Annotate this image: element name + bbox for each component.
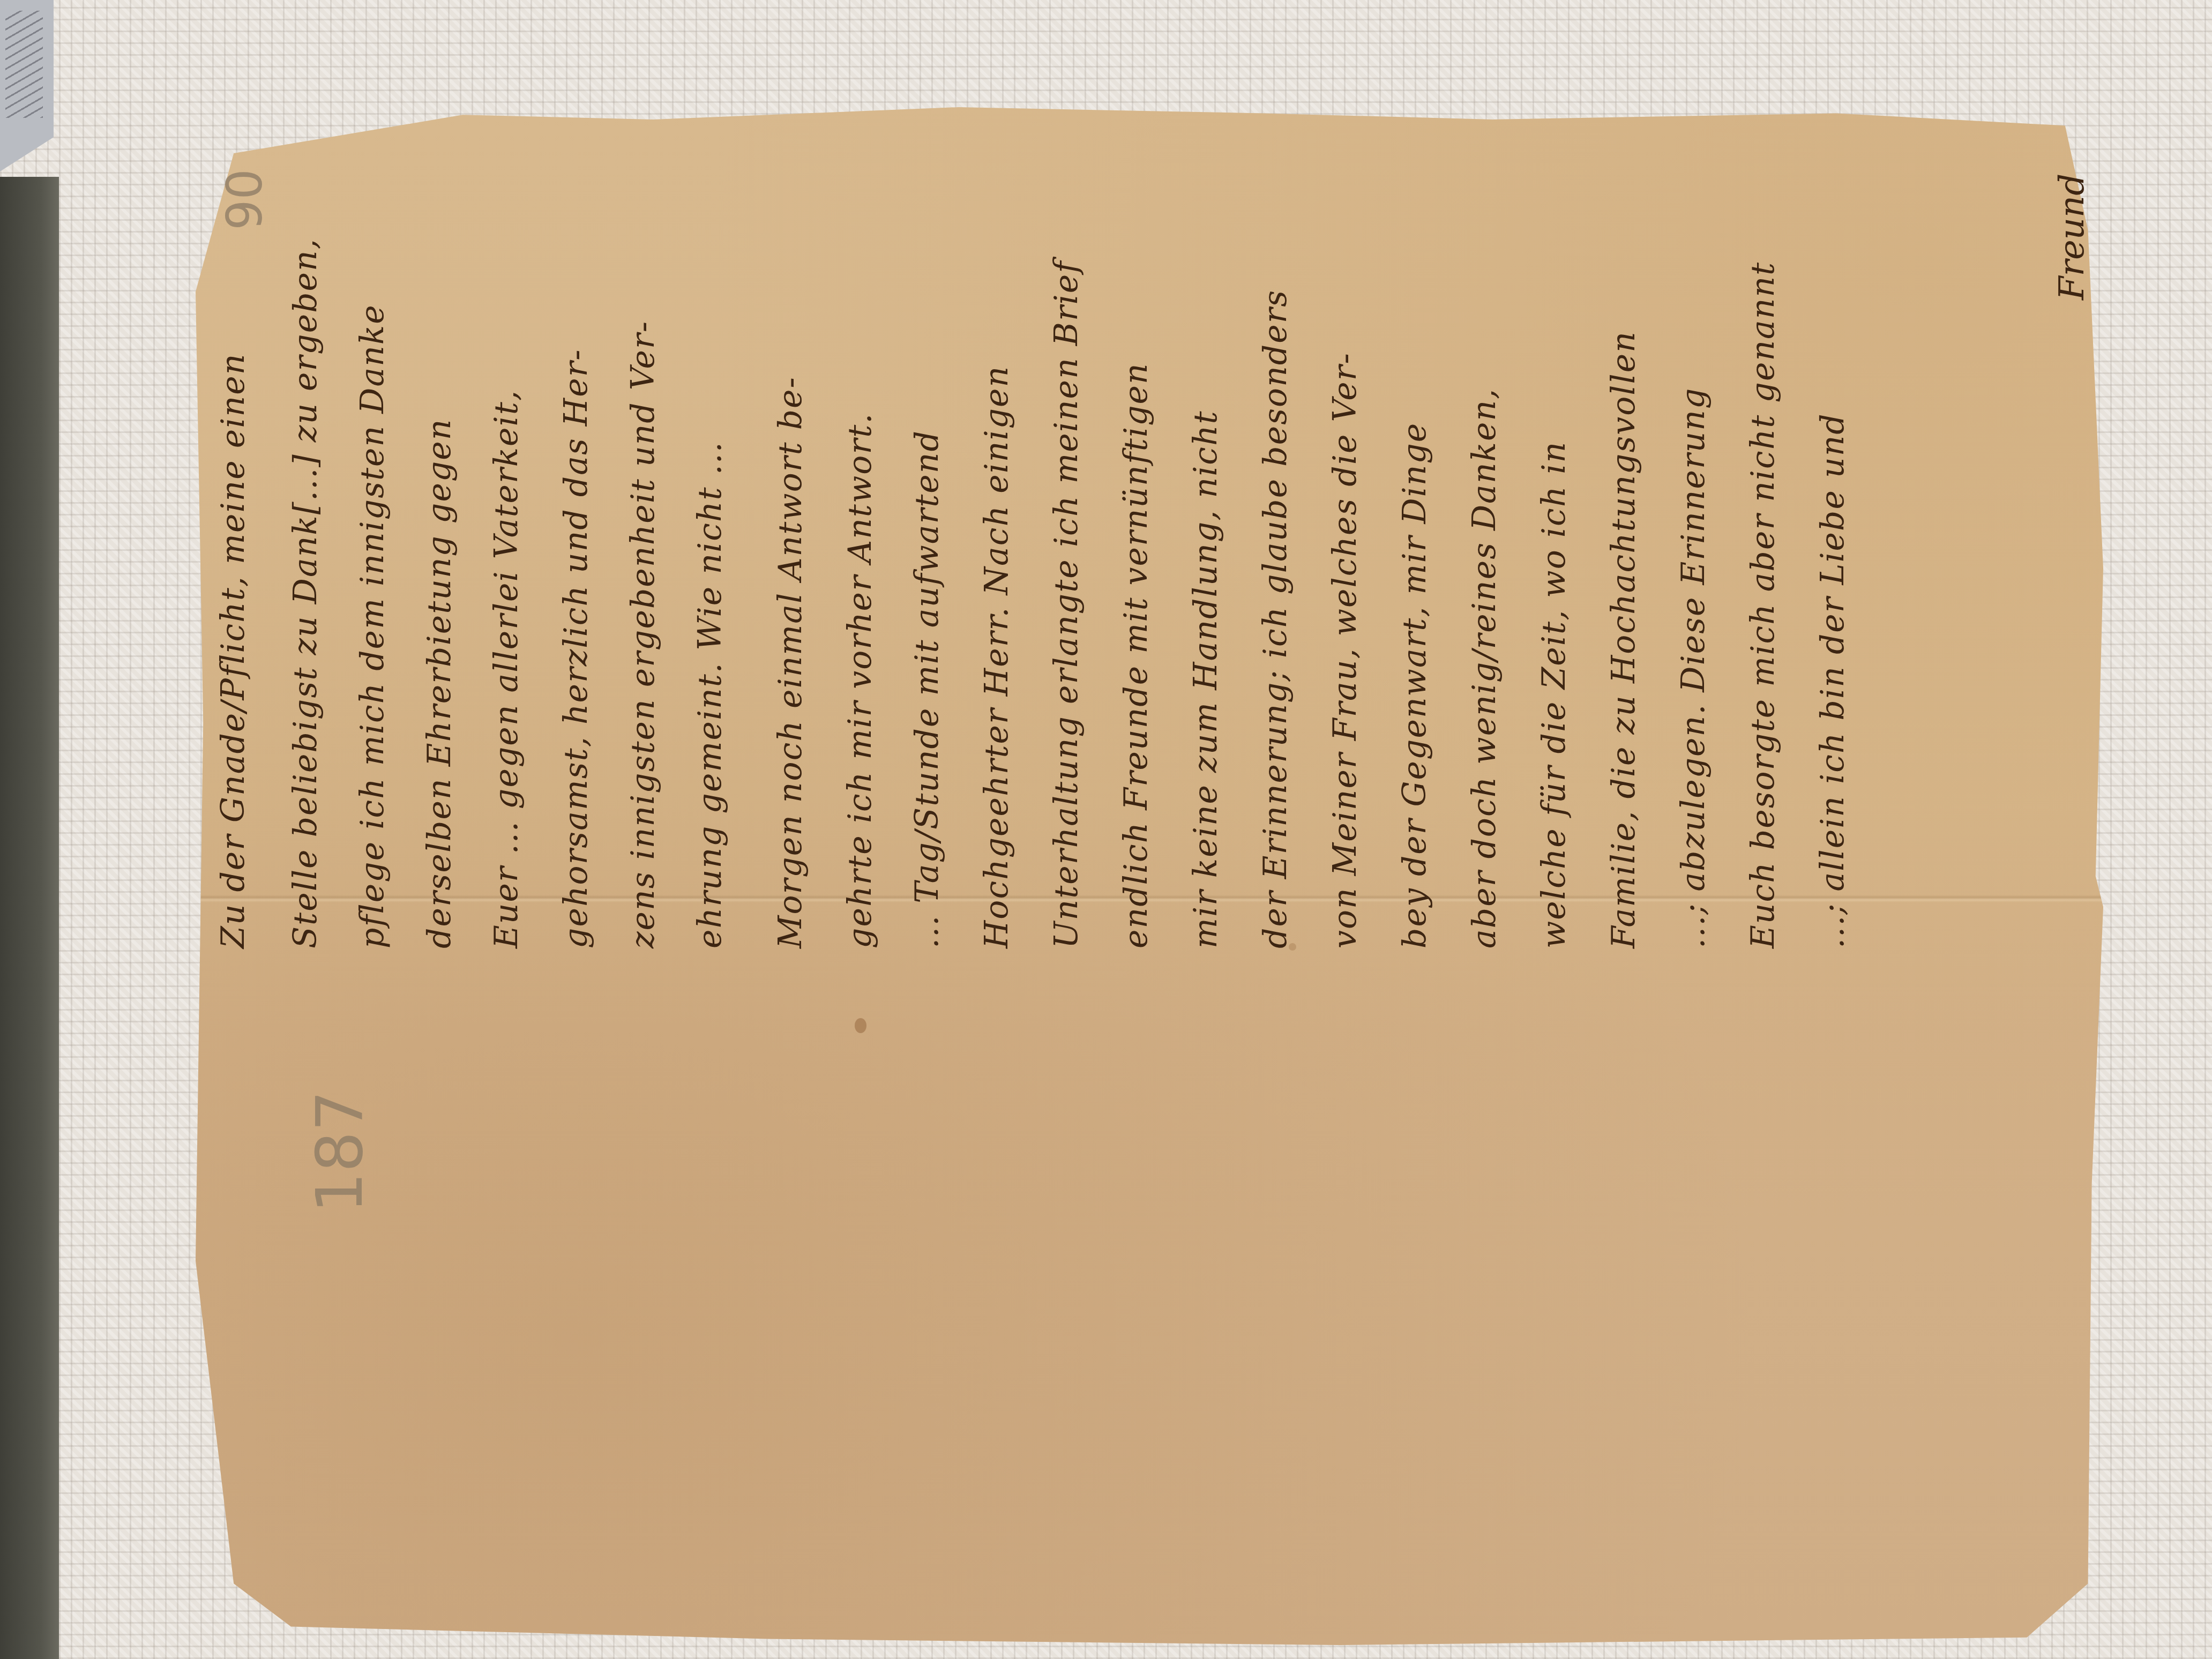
handwritten-line: Zu der Gnade/Pflicht, meine einen bbox=[214, 134, 252, 948]
handwritten-line: Familie, die zu Hochachtungsvollen bbox=[1605, 134, 1642, 948]
handwritten-line: Hochgeehrter Herr. Nach einigen bbox=[978, 134, 1015, 948]
handwritten-line: Stelle beliebigst zu Dank[...] zu ergebe… bbox=[287, 134, 324, 948]
handwritten-line: mir keine zum Handlung, nicht bbox=[1187, 134, 1224, 948]
handwritten-line: ...; allein ich bin der Liebe und bbox=[1814, 134, 1851, 948]
handwritten-line: von Meiner Frau, welches die Ver- bbox=[1326, 134, 1364, 948]
handwritten-line: Unterhaltung erlangte ich meinen Brief bbox=[1048, 134, 1085, 948]
handwritten-line: ... Tag/Stunde mit aufwartend bbox=[908, 134, 946, 948]
handwritten-line: Morgen noch einmal Antwort be- bbox=[772, 134, 809, 948]
closing-word: Freund bbox=[2052, 174, 2092, 300]
handwritten-line: aber doch wenig/reines Danken, bbox=[1466, 134, 1503, 948]
handwritten-line: welche für die Zeit, wo ich in bbox=[1535, 134, 1573, 948]
handwritten-line: gehrte ich mir vorher Antwort. bbox=[841, 134, 879, 948]
handwritten-text-block: Zu der Gnade/Pflicht, meine einen Stelle… bbox=[252, 134, 2127, 948]
ink-spot bbox=[855, 1018, 866, 1033]
handwritten-line: gehorsamst, herzlich und das Her- bbox=[557, 134, 595, 948]
handwritten-line: zens innigsten ergebenheit und Ver- bbox=[624, 134, 662, 948]
pencil-number-margin: 187 bbox=[303, 1090, 377, 1213]
handwritten-line: der Erinnerung; ich glaube besonders bbox=[1257, 134, 1294, 948]
handwritten-line: derselben Ehrerbietung gegen bbox=[421, 134, 458, 948]
handwritten-line: pflege ich mich dem innigsten Danke bbox=[354, 134, 391, 948]
handwritten-line: endlich Freunde mit vernünftigen bbox=[1117, 134, 1155, 948]
dark-surface-edge bbox=[0, 177, 59, 1659]
handwritten-line: Euch besorgte mich aber nicht genannt bbox=[1744, 134, 1782, 948]
handwritten-line: ehrung gemeint. Wie nicht ... bbox=[691, 134, 729, 948]
handwritten-line: bey der Gegenwart, mir Dinge bbox=[1396, 134, 1433, 948]
printed-text-lines bbox=[5, 11, 43, 118]
handwritten-line: Euer ... gegen allerlei Vaterkeit, bbox=[488, 134, 525, 948]
handwritten-line: ...; abzulegen. Diese Erinnerung bbox=[1675, 134, 1712, 948]
